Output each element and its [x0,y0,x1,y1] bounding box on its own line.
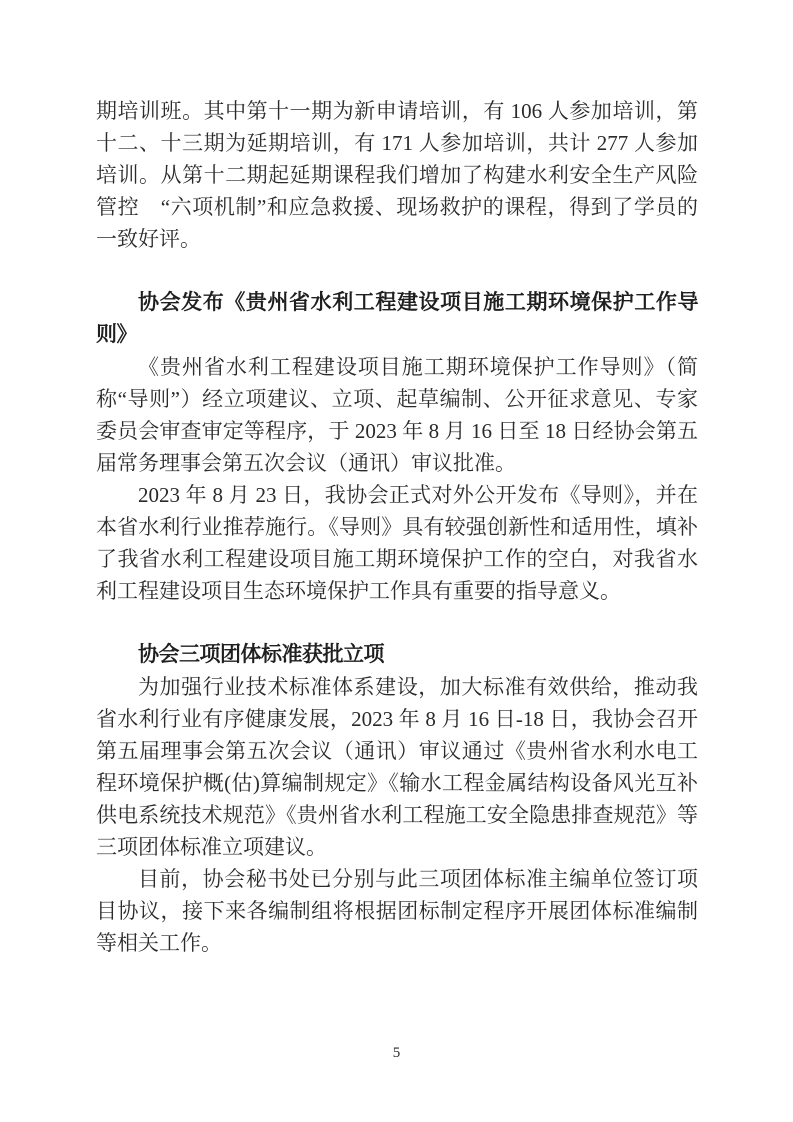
body-paragraph-guideline-publication: 2023 年 8 月 23 日，我协会正式对外公开发布《导则》，并在本省水利行业… [96,479,698,607]
section-heading-group-standards: 协会三项团体标准获批立项 [96,639,698,671]
body-paragraph-standards-approval: 为加强行业技术标准体系建设，加大标准有效供给，推动我省水利行业有序健康发展，20… [96,671,698,863]
page-number: 5 [0,1044,793,1062]
body-paragraph-standards-next-steps: 目前，协会秘书处已分别与此三项团体标准主编单位签订项目协议，接下来各编制组将根据… [96,863,698,959]
document-page: 期培训班。其中第十一期为新申请培训，有 106 人参加培训，第十二、十三期为延期… [0,0,793,1122]
section-heading-guideline-release: 协会发布《贵州省水利工程建设项目施工期环境保护工作导则》 [96,287,698,351]
body-paragraph-guideline-approval: 《贵州省水利工程建设项目施工期环境保护工作导则》（简称“导则”）经立项建议、立项… [96,351,698,479]
body-paragraph-training-continuation: 期培训班。其中第十一期为新申请培训，有 106 人参加培训，第十二、十三期为延期… [96,95,698,255]
